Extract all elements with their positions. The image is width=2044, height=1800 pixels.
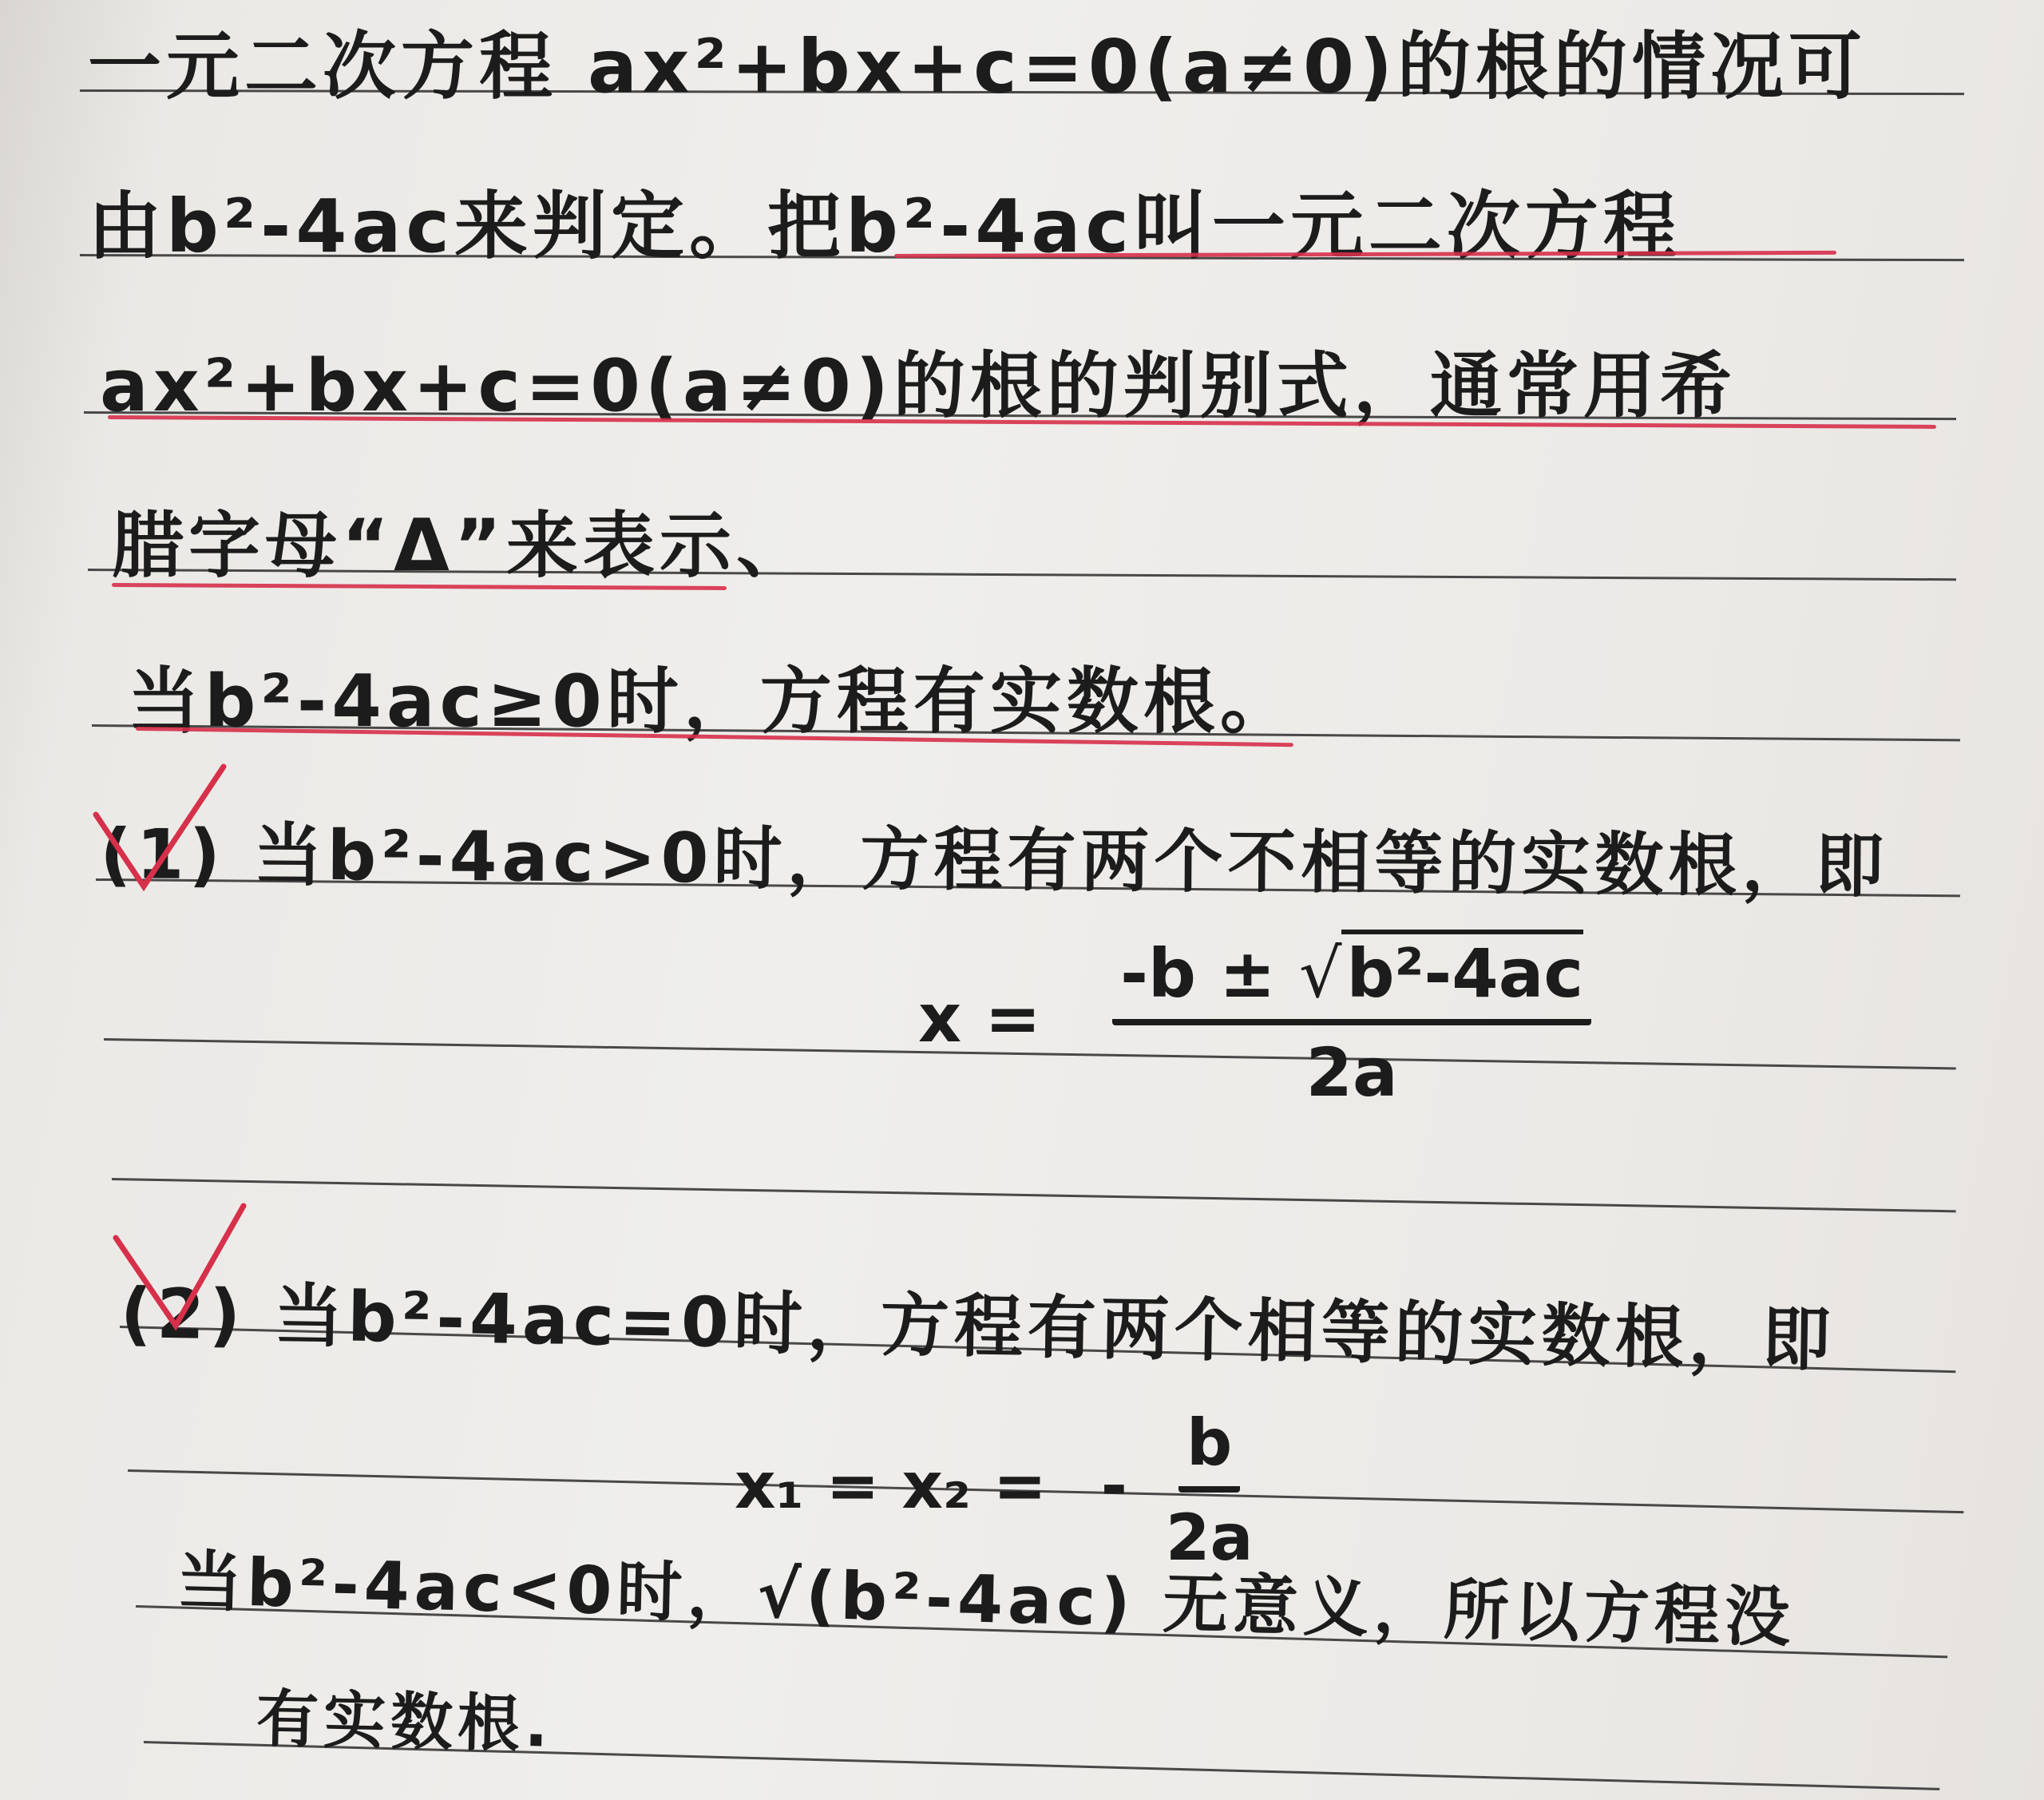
note-line-1: 一元二次方程 ax²+bx+c=0(a≠0)的根的情况可 bbox=[88, 8, 1867, 113]
double-root-denominator: 2a bbox=[1166, 1493, 1254, 1575]
double-root-lhs: x₁ = x₂ = bbox=[735, 1449, 1047, 1523]
check-mark-icon bbox=[108, 1198, 252, 1334]
check-mark-icon bbox=[88, 759, 232, 894]
note-line-6: (1) 当b²-4ac>0时，方程有两个不相等的实数根，即 bbox=[100, 799, 1889, 910]
sqrt-icon: √ bbox=[1299, 934, 1342, 1013]
double-root-sign: - bbox=[1101, 1449, 1127, 1523]
quadratic-formula: x = -b ± √b²-4ac 2a bbox=[918, 934, 1591, 1112]
radicand: b²-4ac bbox=[1341, 930, 1583, 1013]
ruled-line bbox=[112, 1178, 1956, 1212]
note-line-8: (2) 当b²-4ac=0时，方程有两个相等的实数根，即 bbox=[120, 1258, 1836, 1384]
formula-numerator: -b ± √b²-4ac bbox=[1112, 934, 1591, 1025]
formula-denominator: 2a bbox=[1306, 1025, 1398, 1112]
formula-fraction: -b ± √b²-4ac 2a bbox=[1112, 934, 1591, 1112]
double-root-formula: x₁ = x₂ = - b 2a bbox=[735, 1406, 1253, 1575]
double-root-fraction: b 2a bbox=[1166, 1406, 1254, 1575]
note-line-4: 腊字母“Δ”来表示、 bbox=[112, 487, 813, 591]
note-line-2: 由b²-4ac来判定。把b²-4ac叫一元二次方程 bbox=[88, 168, 1682, 273]
note-line-11: 有实数根. bbox=[255, 1669, 554, 1765]
double-root-numerator: b bbox=[1178, 1406, 1240, 1493]
note-line-3: ax²+bx+c=0(a≠0)的根的判别式，通常用希 bbox=[100, 327, 1737, 431]
formula-lhs: x = bbox=[918, 979, 1041, 1057]
numerator-prefix: -b ± bbox=[1120, 934, 1276, 1013]
